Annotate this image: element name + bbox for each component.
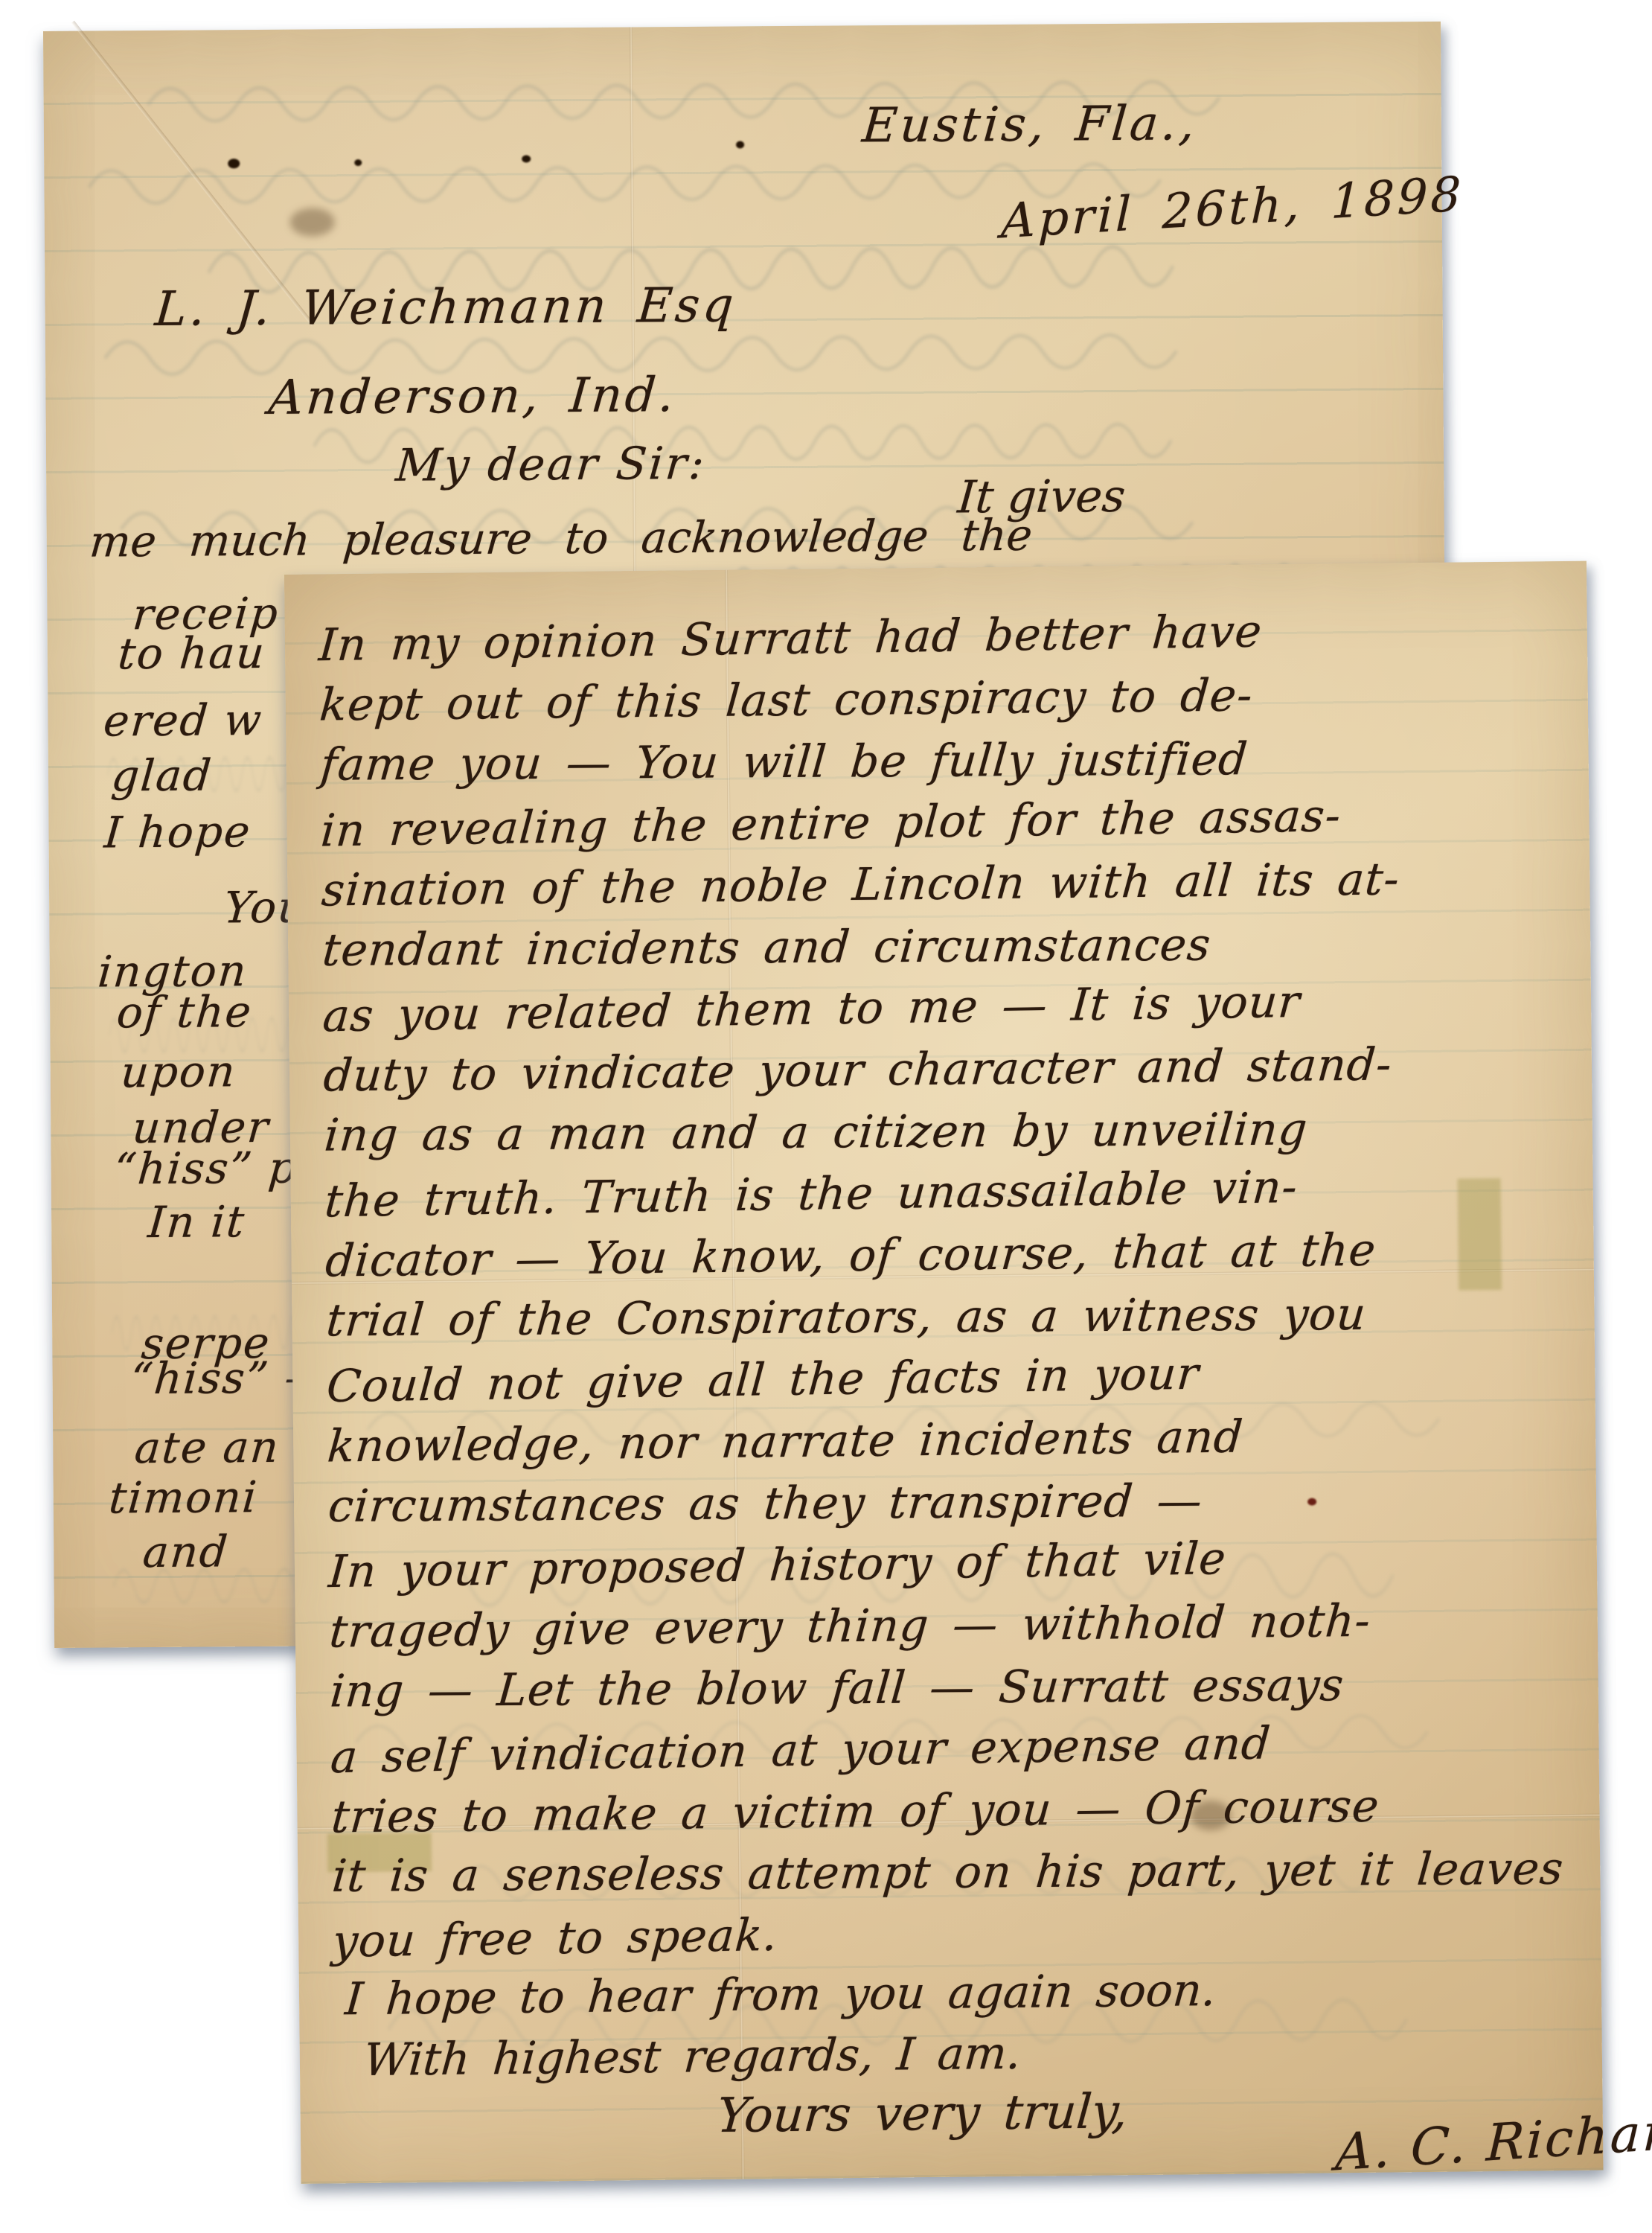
page2-fragment: and: [141, 1526, 231, 1577]
letter-line: ing as a man and a citizen by unveiling: [322, 1103, 1310, 1161]
valediction: Yours very truly,: [715, 2084, 1130, 2144]
page2-fragment: timoni: [107, 1472, 260, 1523]
letter-line: Could not give all the facts in your: [325, 1348, 1201, 1413]
letter-line: In your proposed history of that vile: [327, 1533, 1228, 1598]
page2-fragment: to hau: [116, 627, 267, 679]
letter-line: trial of the Conspirators, as a witness …: [324, 1288, 1368, 1347]
letter-line: In my opinion Surratt had better have: [317, 605, 1264, 671]
closing-line-1: I hope to hear from you again soon.: [343, 1964, 1217, 2025]
letter-line: knowledge, nor narrate incidents and: [326, 1411, 1246, 1473]
page1-body: In my opinion Surratt had better havekep…: [284, 561, 1604, 2184]
page2-fragment: ered w: [102, 694, 265, 747]
letter-line: a self vindication at your expense and: [329, 1717, 1272, 1783]
letter-line: ing — Let the blow fall — Surratt essays: [328, 1659, 1346, 1717]
letter-line: tries to make a victim of you — Of cours…: [330, 1780, 1381, 1844]
letter-line: it is a senseless attempt on his part, y…: [330, 1843, 1566, 1903]
letter-line: tragedy give every thing — withhold noth…: [327, 1595, 1372, 1658]
page2-fragment: glad: [109, 750, 214, 801]
letter-line: fame you — You will be fully justified: [318, 733, 1250, 791]
letter-line: tendant incidents and circumstances: [321, 919, 1213, 977]
page2-fragment: upon: [119, 1046, 238, 1097]
page2-fragment: In it: [146, 1196, 247, 1248]
letter-line: sination of the noble Lincoln with all i…: [320, 853, 1402, 916]
letter-line: dicator — You know, of course, that at t…: [324, 1224, 1378, 1288]
scanned-letter-canvas: Eustis, Fla., April 26th, 1898 L. J. Wei…: [0, 0, 1652, 2233]
page2-fragment: I hope: [103, 806, 254, 857]
letter-line: as you related them to me — It is your: [321, 976, 1302, 1043]
letter-line: you free to speak.: [331, 1909, 780, 1968]
letter-line: in revealing the entire plot for the ass…: [319, 790, 1343, 857]
page2-fragment: ate an: [133, 1422, 282, 1473]
letter-line: the truth. Truth is the unassailable vin…: [323, 1161, 1299, 1227]
letter-line: kept out of this last conspiracy to de-: [318, 669, 1255, 731]
letter-line: duty to vindicate your character and sta…: [321, 1038, 1394, 1102]
letter-line: circumstances as they transpired —: [326, 1475, 1204, 1533]
closing-line-2: With highest regards, I am.: [362, 2028, 1022, 2086]
letter-page-front: In my opinion Surratt had better havekep…: [284, 561, 1604, 2184]
page2-fragment: of the: [115, 986, 254, 1038]
